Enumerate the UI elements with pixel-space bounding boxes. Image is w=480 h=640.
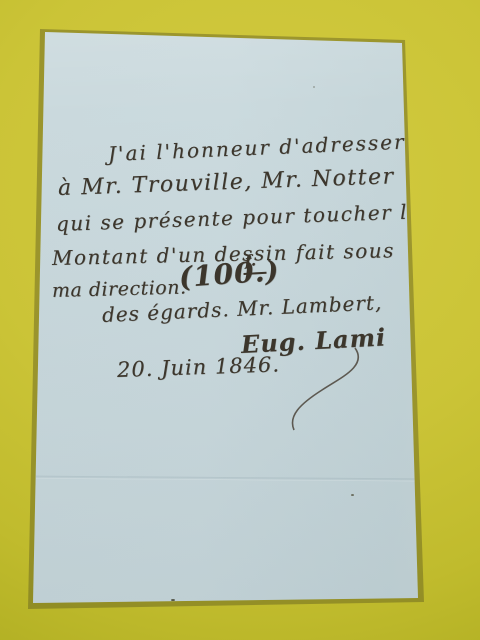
signature-flourish	[268, 340, 378, 440]
amount-currency-superscript: f.	[242, 251, 266, 275]
paper-speck	[351, 494, 354, 496]
fold-crease	[36, 476, 416, 482]
letter-line-5: ma direction.	[52, 276, 187, 302]
paper-speck	[171, 599, 175, 601]
photo: J'ai l'honneur d'adresser à Mr. Trouvill…	[0, 0, 480, 640]
date-line: 20. Juin 1846.	[117, 352, 281, 382]
letter-line-2: à Mr. Trouville, Mr. Notter	[58, 164, 395, 201]
paper-speck	[313, 86, 315, 88]
letter-line-3: qui se présente pour toucher le	[56, 199, 422, 236]
letter-line-1: J'ai l'honneur d'adresser	[107, 130, 406, 166]
